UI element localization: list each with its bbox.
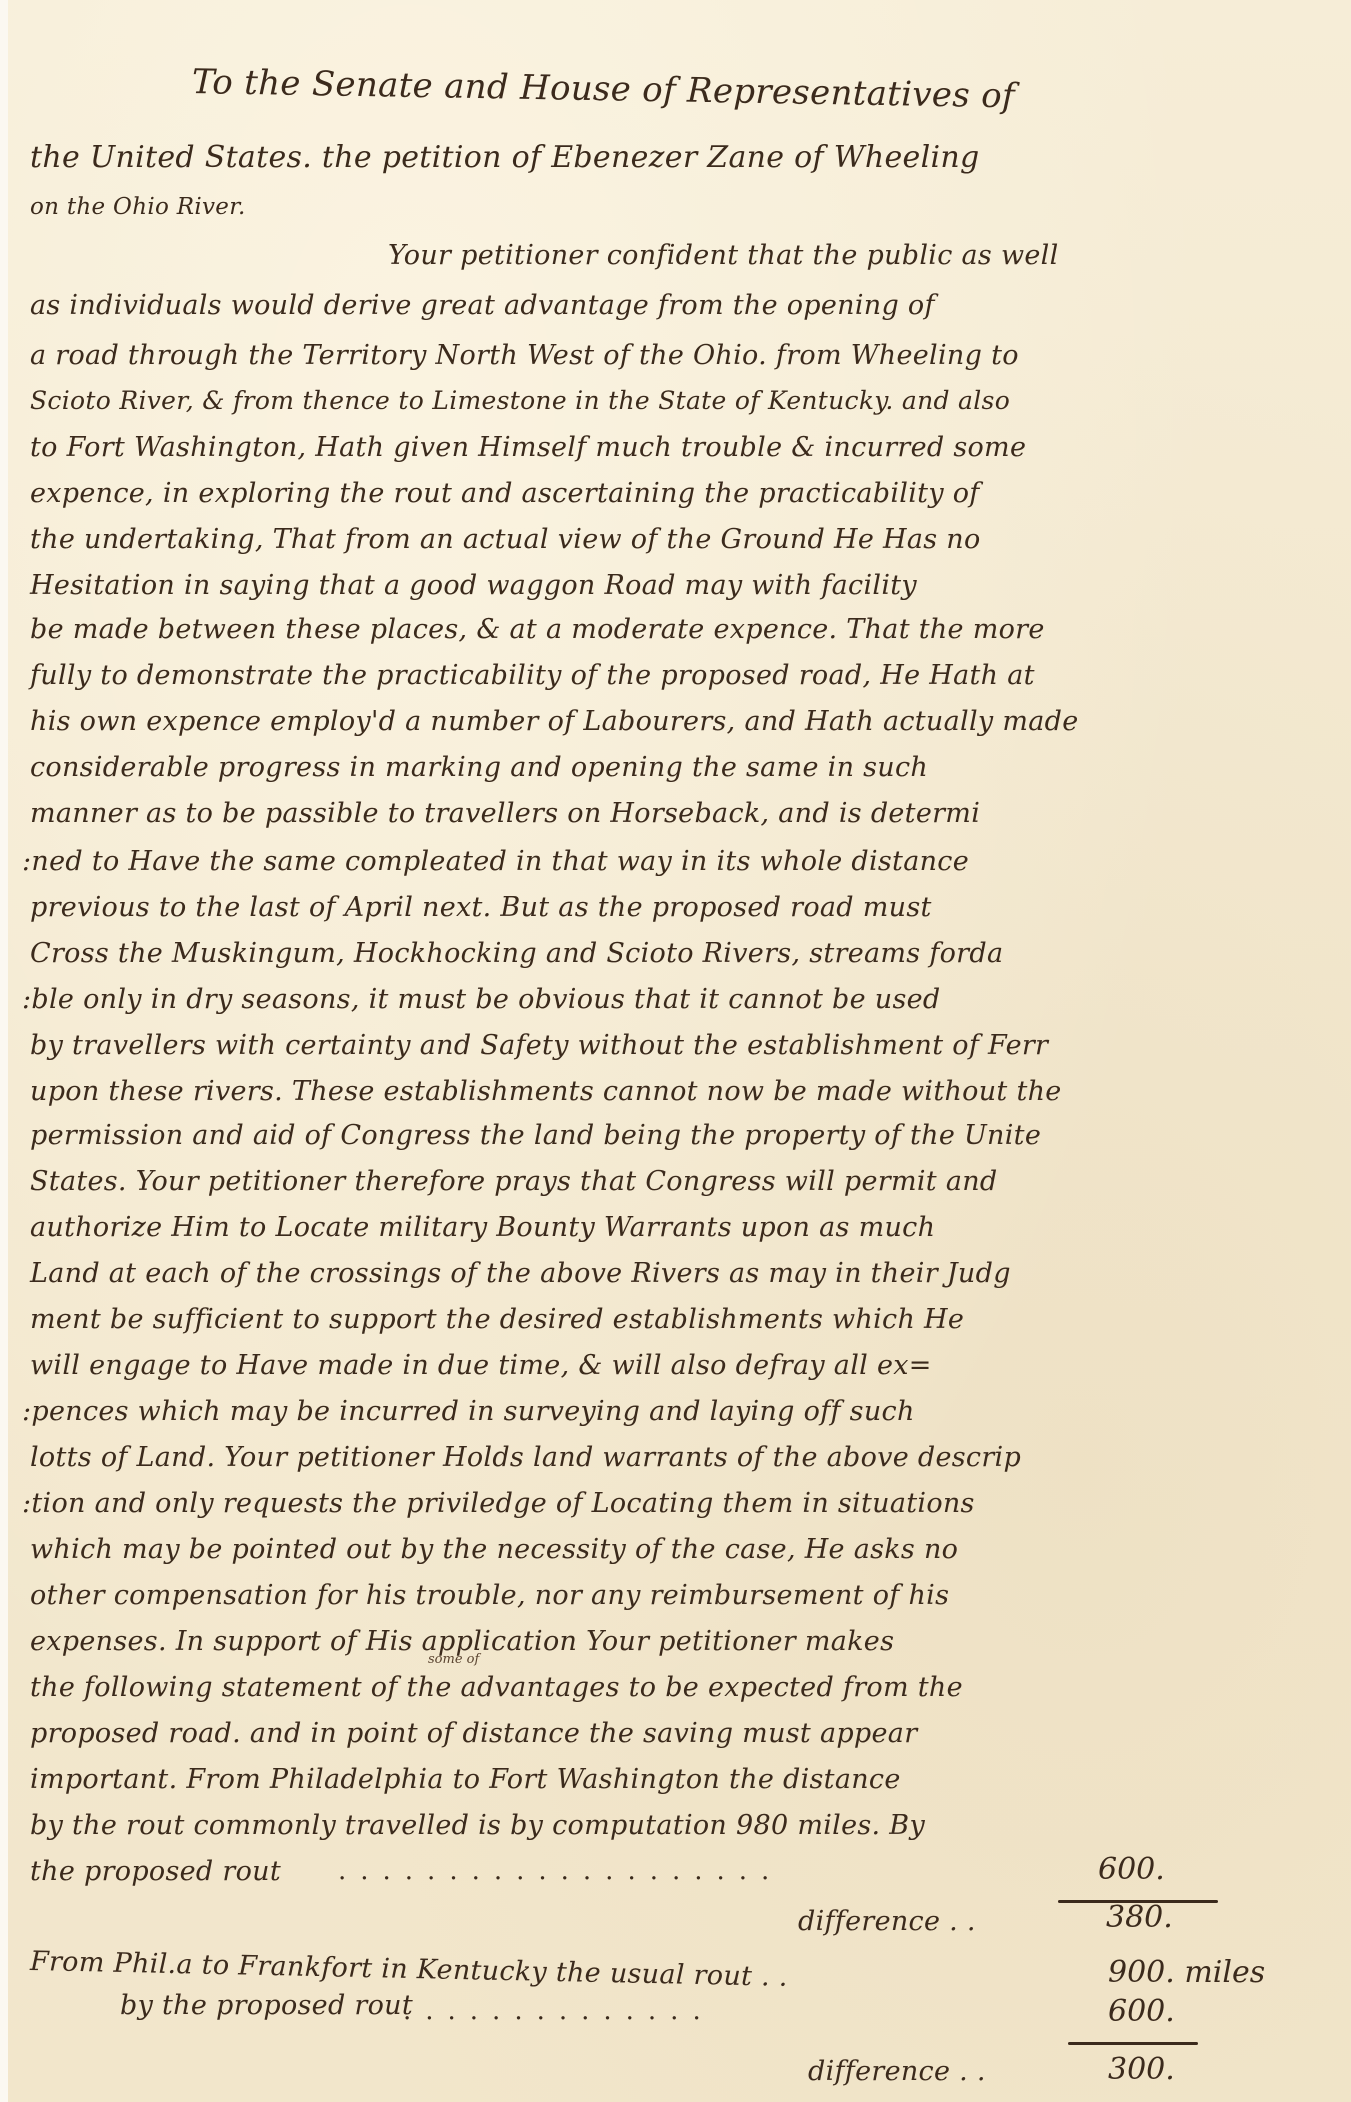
heading-line-2: the United States. the petition of Ebene… xyxy=(30,140,980,175)
difference-value: 300. xyxy=(1108,2052,1175,2087)
body-line: proposed road. and in point of distance … xyxy=(30,1718,917,1749)
body-line: authorize Him to Locate military Bounty … xyxy=(30,1212,935,1243)
body-line: his own expence employ'd a number of Lab… xyxy=(30,706,1079,737)
page-edge xyxy=(0,0,8,2102)
difference-label: difference . . xyxy=(808,2056,986,2087)
body-line: considerable progress in marking and ope… xyxy=(30,752,928,783)
sum-rule xyxy=(1068,2042,1198,2045)
body-line: lotts of Land. Your petitioner Holds lan… xyxy=(30,1442,1021,1473)
body-line: Land at each of the crossings of the abo… xyxy=(30,1258,1011,1289)
body-line: other compensation for his trouble, nor … xyxy=(30,1580,949,1611)
leader-dots: .............. xyxy=(403,1996,715,2026)
manuscript-page: To the Senate and House of Representativ… xyxy=(8,0,1351,2102)
body-line: important. From Philadelphia to Fort Was… xyxy=(30,1764,901,1795)
body-line: by the rout commonly travelled is by com… xyxy=(30,1810,925,1841)
difference-value: 380. xyxy=(1106,1900,1173,1935)
body-line: expence, in exploring the rout and ascer… xyxy=(30,478,980,509)
body-line: as individuals would derive great advant… xyxy=(30,290,935,321)
body-line: :pences which may be incurred in surveyi… xyxy=(22,1396,915,1427)
body-line: to Fort Washington, Hath given Himself m… xyxy=(30,432,1026,463)
body-line: :ble only in dry seasons, it must be obv… xyxy=(22,984,940,1015)
body-line: the following statement of the advantage… xyxy=(30,1672,963,1703)
body-line: a road through the Territory North West … xyxy=(30,340,1019,371)
body-line: fully to demonstrate the practicability … xyxy=(30,660,1035,691)
body-line: by travellers with certainty and Safety … xyxy=(30,1030,1048,1061)
body-line: previous to the last of April next. But … xyxy=(30,892,932,923)
body-line: Scioto River, & from thence to Limestone… xyxy=(30,386,1010,415)
proposed-route-line: by the proposed rout xyxy=(120,1990,413,2021)
body-line: the undertaking, That from an actual vie… xyxy=(30,524,981,555)
body-line: ment be sufficient to support the desire… xyxy=(30,1304,964,1335)
body-line: Cross the Muskingum, Hockhocking and Sci… xyxy=(30,938,1003,969)
difference-label: difference . . xyxy=(798,1906,976,1937)
body-line: States. Your petitioner therefore prays … xyxy=(30,1166,998,1197)
body-line: manner as to be passible to travellers o… xyxy=(30,798,980,829)
body-line: :tion and only requests the priviledge o… xyxy=(22,1488,975,1519)
frankfort-line: From Phil.a to Frankfort in Kentucky the… xyxy=(30,1946,788,1993)
body-line: the proposed rout xyxy=(30,1856,281,1887)
interlinear-insertion: some of xyxy=(428,1652,479,1667)
body-line: permission and aid of Congress the land … xyxy=(30,1120,1041,1151)
usual-route-value: 900. miles xyxy=(1108,1955,1265,1990)
proposed-distance-value: 600. xyxy=(1098,1852,1165,1887)
body-line: Hesitation in saying that a good waggon … xyxy=(30,570,917,601)
proposed-route-value: 600. xyxy=(1108,1994,1175,2029)
body-line: upon these rivers. These establishments … xyxy=(30,1076,1062,1107)
leader-dots: .................... xyxy=(338,1856,783,1886)
body-line: Your petitioner confident that the publi… xyxy=(388,240,1059,271)
heading-line-3: on the Ohio River. xyxy=(30,194,246,220)
body-line: be made between these places, & at a mod… xyxy=(30,614,1045,645)
heading-line-1: To the Senate and House of Representativ… xyxy=(192,62,1015,116)
body-line: which may be pointed out by the necessit… xyxy=(30,1534,958,1565)
body-line: will engage to Have made in due time, & … xyxy=(30,1350,932,1381)
body-line: :ned to Have the same compleated in that… xyxy=(22,846,969,877)
